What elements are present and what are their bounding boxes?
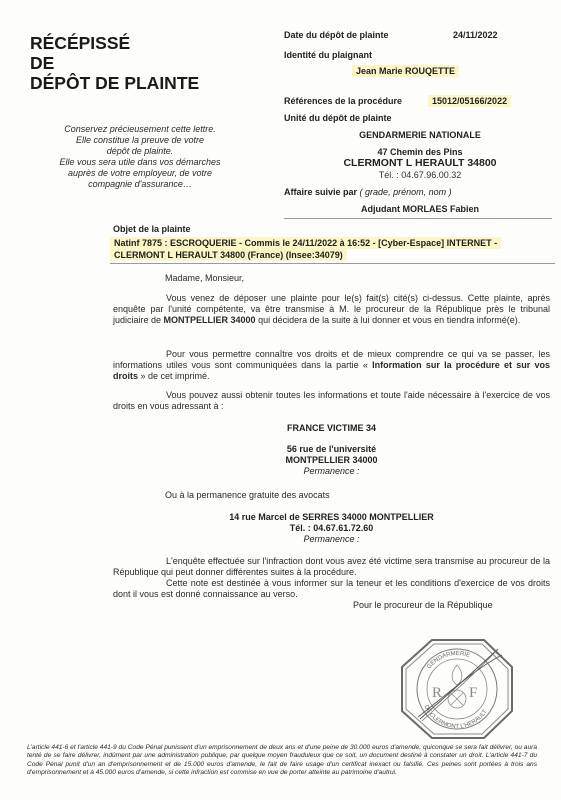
paragraph-transmission: Vous venez de déposer une plainte pour l… [113, 293, 550, 326]
note-line: auprès de votre employeur, de votre [25, 168, 255, 179]
objet-description: Natinf 7875 : ESCROQUERIE - Commis le 24… [110, 237, 555, 261]
tribunal-city: MONTPELLIER 34000 [164, 315, 256, 325]
victim-address-1: 56 rue de l'université [113, 444, 550, 454]
objet-line-1: Natinf 7875 : ESCROQUERIE - Commis le 24… [110, 237, 501, 249]
paragraph-investigation: L'enquête effectuée sur l'infraction don… [113, 556, 550, 578]
paragraph-note: Cette note est destinée à vous informer … [113, 578, 550, 600]
p2-text-end: » de cet imprimé. [138, 371, 210, 381]
victim-org: FRANCE VICTIME 34 [113, 423, 550, 433]
date-label: Date du dépôt de plainte [284, 30, 389, 40]
lawyers-phone: Tél. : 04.67.61.72.60 [113, 523, 550, 533]
note-line: dépôt de plainte. [25, 146, 255, 157]
note-line: Elle constitue la preuve de votre [25, 135, 255, 146]
svg-text:F: F [469, 685, 477, 701]
followed-value: Adjudant MORLAES Fabien [300, 204, 540, 214]
note-line: Elle vous sera utile dans vos démarches [25, 157, 255, 168]
title-line-2: DE [30, 53, 199, 73]
objet-line-2: CLERMONT L HERAULT 34800 (France) (Insee… [110, 249, 347, 261]
unit-phone: Tél. : 04.67.96.00.32 [300, 170, 540, 180]
keep-letter-note: Conservez précieusement cette lettre. El… [25, 124, 255, 190]
reference-label: Références de la procédure [284, 96, 402, 106]
note-line: Conservez précieusement cette lettre. [25, 124, 255, 135]
identity-label: Identité du plaignant [284, 50, 372, 60]
followed-hint: ( grade, prénom, nom ) [360, 187, 452, 197]
lawyers-permanence: Permanence : [113, 534, 550, 544]
paragraph-help: Vous pouvez aussi obtenir toutes les inf… [113, 390, 550, 412]
objet-label: Objet de la plainte [113, 224, 191, 234]
salutation: Madame, Monsieur, [165, 273, 244, 284]
followed-by: Affaire suivie par ( grade, prénom, nom … [284, 187, 452, 197]
date-value: 24/11/2022 [453, 30, 498, 40]
note-line: compagnie d'assurance… [25, 179, 255, 190]
unit-address-2: CLERMONT L HERAULT 34800 [300, 157, 540, 169]
victim-address-2: MONTPELLIER 34000 [113, 455, 550, 465]
p1-text-end: qui décidera de la suite à lui donner et… [256, 315, 521, 325]
lawyers-address: 14 rue Marcel de SERRES 34000 MONTPELLIE… [113, 512, 550, 522]
reference-value: 15012/05166/2022 [428, 95, 511, 107]
title-line-3: DÉPÔT DE PLAINTE [30, 73, 199, 93]
victim-permanence: Permanence : [113, 466, 550, 476]
gendarmerie-stamp: GENDARMERIE DE CLERMONT L'HERAULT R F [398, 637, 516, 741]
identity-value: Jean Marie ROUQETTE [352, 65, 459, 77]
divider [110, 263, 555, 264]
unit-name: GENDARMERIE NATIONALE [300, 130, 540, 140]
paragraph-rights: Pour vous permettre connaître vos droits… [113, 349, 550, 382]
title-line-1: RÉCÉPISSÉ [30, 33, 199, 53]
stamp-seal-icon: GENDARMERIE DE CLERMONT L'HERAULT R F [398, 637, 516, 741]
lawyers-intro: Ou à la permanence gratuite des avocats [165, 490, 330, 501]
legal-notice: L'article 441-6 et l'article 441-9 du Co… [27, 744, 537, 778]
followed-label: Affaire suivie par [284, 187, 357, 197]
unit-address-1: 47 Chemin des Pins [300, 147, 540, 157]
signature-line: Pour le procureur de la République [353, 600, 493, 611]
document-title: RÉCÉPISSÉ DE DÉPÔT DE PLAINTE [30, 33, 199, 93]
unit-label: Unité du dépôt de plainte [284, 113, 392, 123]
divider [284, 218, 552, 219]
